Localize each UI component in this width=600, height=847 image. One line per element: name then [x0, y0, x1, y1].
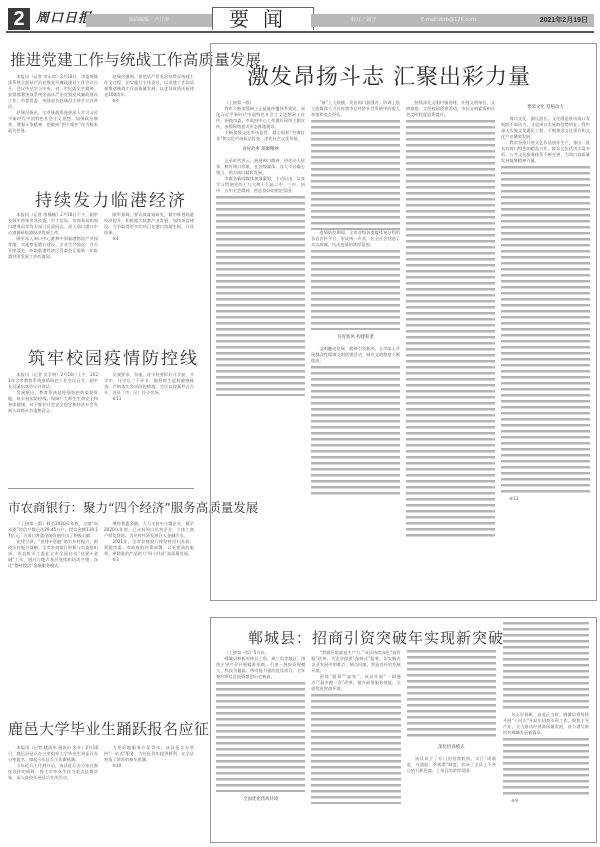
para: 周口文化，源远流长。文化既是推动周口发展的不竭动力，又是周口发展的优势所在。我市…	[501, 116, 590, 140]
body-text-lines	[501, 166, 590, 496]
end-mark: ⑥4	[104, 98, 194, 104]
body-text-lines	[216, 682, 305, 792]
para: 赵瑞昌指出，全市统战系统要深入学习习近平新时代中国特色社会主义思想，加强政治修养…	[8, 110, 98, 134]
body-text-lines	[407, 650, 496, 740]
para: 文明触动发展，精神引领新风。全市深入开展群众性精神文明创建活动，城乡文明程度不断…	[311, 346, 400, 364]
lead-text: 本报讯（记者 吴学明）2月18日上午，2021年全市教育系统疫情防控工作会议召开…	[8, 372, 98, 390]
subhead: 培育新风 构建和谐	[311, 335, 400, 341]
article-port-economy: 本报讯（记者 张楠楠）2月18日下午，副市长顾军带领市发改委、市工信局、市商务局…	[8, 212, 194, 326]
headline-port-economy[interactable]: 持续发力临港经济	[35, 186, 187, 211]
article-dancheng-col4: 风正好扬帆，奋进正当时。郸城县将持续开展“十四五”开局年招商引资工作，聚焦主导产…	[503, 622, 589, 836]
editor-bar: 版面编辑／卢甘涛	[86, 14, 212, 27]
para: 赵瑞昌强调，要把从严管党治党贯穿统战工作全过程，切实履行主体责任，以党建工作高质…	[104, 74, 194, 98]
lead-text: 本报讯（记者 张楠楠）2月18日下午，副市长顾军带领市发改委、市工信局、市商务局…	[8, 212, 98, 236]
para: “营商环境就是生产力。”该县持续深化“放管服”改革，为企业提供“保姆式”服务，切…	[311, 650, 400, 674]
section-title: 要闻	[212, 7, 314, 30]
lead-text: （上接第一版）截至2020年年底，全辖“周易贷”授信户数已达29.45万户，授信…	[8, 521, 98, 539]
lead-text: 本报讯（记者 李永鸿）2月18日，市委统战部系统全面从严治党暨党风廉政建设工作会…	[8, 74, 98, 110]
para: 该县成立了专门的招商机构，实行“周调度、月通报、季观摩”制度，形成了全县上下齐心…	[407, 756, 496, 774]
article-rural-bank: （上接第一版）截至2020年年底，全辖“周易贷”授信户数已达29.45万户，授信…	[8, 521, 194, 699]
end-mark: ⑥11	[104, 396, 194, 402]
article-luyi-recruit: 本报讯（记者 姚清华 通讯员 朱卉）2月18日，鹿邑县征兵办公室组织大学毕业生到…	[8, 745, 194, 841]
body-text-lines	[216, 196, 305, 396]
para: 持续深化文明村镇创建，开展文明单位、文明家庭、文明校园创建活动，市民文明素质和社…	[406, 100, 495, 118]
end-mark: ⑥10	[104, 763, 194, 769]
subhead: 深化招商模式	[407, 745, 496, 751]
article-lead-story: （上接第一版） 我市不断加强网上正能量传播体系建设，深化习近平新时代中国特色社会…	[216, 100, 590, 594]
para: 吴溪指出，教育系统是疫情防控的重要阵地，筑牢校园防控线，保障广大师生生命安全和身…	[8, 390, 98, 414]
para: 市属各新闻媒体加强策划，主动出击，认真学习贯彻党的十九大和十九届二中、三中、四中…	[216, 176, 305, 194]
masthead-rule	[6, 31, 594, 33]
headline-luyi-recruit[interactable]: 鹿邑大学毕业生踊跃报名应征	[8, 718, 210, 739]
para: 郸城县积极对接长三角、珠三角等地区，围绕主导产业开展精准招商，引进一批投资规模大…	[216, 656, 305, 680]
para: 我市不断加强网上正能量传播体系建设，深化习近平新时代中国特色社会主义思想网上宣传…	[216, 106, 305, 130]
para: 今年征兵工作展开后，该县征兵办公室在强化宣传的同时，将大学毕业生作为重点征集对象…	[8, 763, 98, 781]
article-party-building: 本报讯（记者 李永鸿）2月18日，市委统战部系统全面从严治党暨党风廉政建设工作会…	[8, 74, 194, 168]
email-text: E-mail:zkrb@126.com	[421, 14, 476, 27]
para: 记录时代风云，展现周口精神，讲述动人故事，树好周口形象，在各级媒体、各大平台凝心…	[216, 158, 305, 176]
para: 疫情防控期间，全市各级各类媒体充分利用各自宣传平台，形成统一声音，在全社会营造了…	[311, 230, 400, 248]
page-number: 2	[8, 8, 30, 30]
para: 我市坚持开展文艺作品创作生产，推出一批具有周口特色的精品力作，群众文化活动丰富多…	[501, 140, 590, 164]
body-text-lines	[503, 622, 589, 712]
para: 吴溪要求，各地、各学校要抓好开学前、开学中、开学后三个环节，做好师生返校健康排查…	[104, 372, 194, 396]
para: “新”上大规模，发出周口最强音。协调上级主流媒体大力宣传我市在经济社会发展中的重…	[311, 100, 400, 118]
para: 2021年，全市农商银行将坚持回归本源，紧跟市委、市政府的决策部署，以更优质的服…	[104, 539, 194, 557]
article-dancheng: （上接第一版）5月份， 郸城县积极对接长三角、珠三角等地区，围绕主导产业开展精准…	[216, 650, 496, 836]
paper-name: 周口日报	[36, 11, 92, 27]
end-mark: ⑥9	[503, 798, 589, 804]
body-text-lines	[311, 250, 400, 330]
end-mark: ⑥3	[104, 557, 194, 563]
para: 不断加强文化市场监管，精心组织“扫黄打非”和文化市场执法检查，净化社会文化环境。	[216, 130, 305, 142]
para: 风正好扬帆，奋进正当时。郸城县将持续开展“十四五”开局年招商引资工作，聚焦主导产…	[503, 712, 589, 736]
info-bar: 校对／刘守 E-mail:zkrb@126.com 2021年2月19日	[311, 14, 594, 27]
body-text-lines	[311, 120, 400, 230]
para: 为更好地服务应征青年，该县征兵办坚持“一站式”服务，为应征青年提供便利，在全县营…	[104, 745, 194, 763]
para: 聚焦普惠金融，大力支持中小微企业。截至2020年年底，已支持周口民营企业、个体工…	[104, 521, 194, 539]
headline-dancheng[interactable]: 郸城县：招商引资突破年实现新突破	[248, 627, 504, 648]
para: 顾军深入周口中心港和中原临港物流产业园等地，实地察看港口建设、企业生产情况，并召…	[8, 236, 98, 260]
body-text-lines	[311, 366, 400, 496]
body-text-lines	[311, 694, 400, 804]
issue-date: 2021年2月19日	[540, 14, 588, 27]
subhead: 繁荣文化 厚植动力	[501, 105, 590, 111]
body-text-lines	[406, 120, 495, 540]
article-campus-epidemic: 本报讯（记者 吴学明）2月18日上午，2021年全市教育系统疫情防控工作会议召开…	[8, 372, 194, 480]
proof-text: 校对／刘守	[351, 14, 376, 27]
end-mark: ⑥13	[501, 496, 590, 502]
para: 党建引领，“党建+金融”助力乡村振兴。围绕乡村振兴战略，全市农商银行积极与市委组…	[8, 539, 98, 569]
para: 围绕“服务”“高效”，该县开展“一网通办”“最多跑一次”改革，提升政务服务效能，…	[311, 674, 400, 692]
section-divider	[8, 488, 194, 489]
lead-text: 本报讯（记者 姚清华 通讯员 朱卉）2月18日，鹿邑县征兵办公室组织大学毕业生到…	[8, 745, 98, 763]
headline-campus-epidemic[interactable]: 筑牢校园疫情防控线	[28, 344, 199, 369]
para: 顾军强调，要认真谋划研究，集中推进临港经济提升，积极做大临港产业发展，加快项目建…	[104, 212, 194, 236]
headline-lead-story[interactable]: 激发昂扬斗志 汇聚出彩力量	[247, 60, 531, 91]
end-mark: ⑥4	[104, 236, 194, 242]
subhead: 全面优化营商环境	[216, 797, 305, 803]
subhead: 讲好故事 凝聚精神	[216, 147, 305, 153]
body-text-lines	[503, 738, 589, 798]
masthead: 2 周口日报 版面编辑／卢甘涛 要闻 校对／刘守 E-mail:zkrb@126…	[6, 8, 594, 31]
